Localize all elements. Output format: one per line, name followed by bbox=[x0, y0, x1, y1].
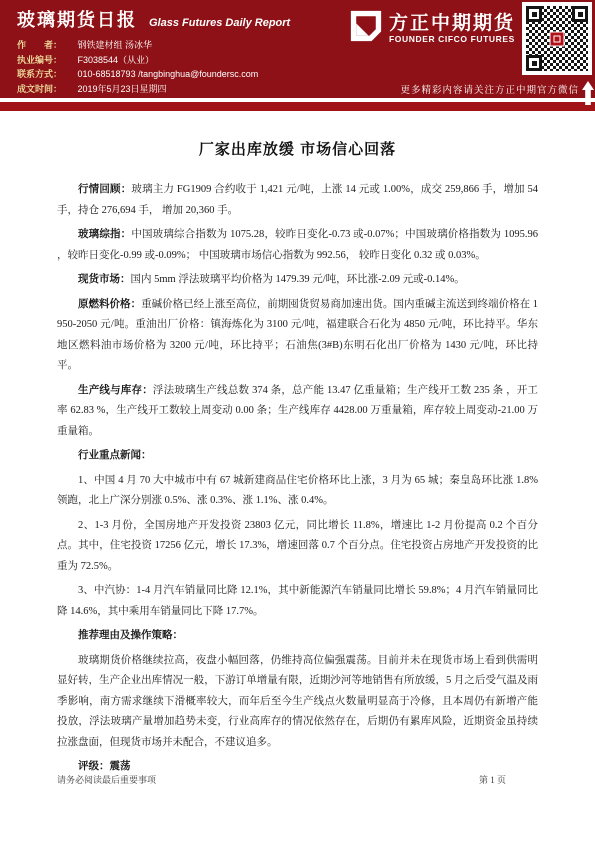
para-raw-fuel-price: 原燃料价格：重碱价格已经上涨至高位，前期囤货贸易商加速出货。国内重碱主流送到终端… bbox=[57, 295, 538, 377]
para-spot-market: 现货市场：国内 5mm 浮法玻璃平均价格为 1479.39 元/吨，环比涨-2.… bbox=[57, 270, 538, 291]
para-glass-index: 玻璃综指：中国玻璃综合指数为 1075.28，较昨日变化-0.73 或-0.07… bbox=[57, 225, 538, 266]
up-arrow-icon bbox=[582, 81, 594, 110]
strategy-text: 玻璃期货价格继续拉高，夜盘小幅回落，仍维持高位偏强震荡。目前并未在现货市场上看到… bbox=[57, 651, 538, 754]
contact-value: 010-68518793 /tangbinghua@foundersc.com bbox=[78, 69, 259, 79]
qr-finder-bottom-left bbox=[526, 55, 542, 71]
red-stripe bbox=[0, 102, 595, 111]
masthead-separator bbox=[0, 98, 595, 100]
qr-finder-top-left bbox=[526, 6, 542, 22]
date-label: 成文时间： bbox=[17, 82, 75, 97]
page-title: 厂家出库放缓 市场信心回落 bbox=[57, 138, 538, 159]
report-page: 玻璃期货日报 Glass Futures Daily Report 作 者： 钢… bbox=[0, 0, 595, 842]
founder-logo-icon bbox=[350, 10, 382, 47]
license-value: F3038544（从业） bbox=[78, 55, 155, 65]
author-fields: 作 者： 钢铁建材组 汤冰华 执业编号： F3038544（从业） 联系方式： … bbox=[17, 38, 290, 96]
qr-code bbox=[522, 2, 592, 75]
masthead-left: 玻璃期货日报 Glass Futures Daily Report 作 者： 钢… bbox=[17, 6, 290, 96]
author-value: 钢铁建材组 汤冰华 bbox=[78, 40, 153, 50]
brand-name-cn: 方正中期期货 bbox=[389, 13, 515, 34]
news-item-2: 2、1-3 月份，全国房地产开发投资 23803 亿元，同比增长 11.8%，增… bbox=[57, 516, 538, 578]
report-name-row: 玻璃期货日报 Glass Futures Daily Report bbox=[17, 6, 290, 32]
contact-row: 联系方式： 010-68518793 /tangbinghua@founders… bbox=[17, 67, 290, 82]
report-name-cn: 玻璃期货日报 bbox=[17, 10, 137, 30]
news-heading: 行业重点新闻： bbox=[57, 446, 538, 467]
rating-value: 震荡 bbox=[110, 761, 131, 772]
author-label: 作 者： bbox=[17, 38, 75, 53]
report-name-en: Glass Futures Daily Report bbox=[149, 17, 290, 29]
author-row: 作 者： 钢铁建材组 汤冰华 bbox=[17, 38, 290, 53]
para-lead: 玻璃综指： bbox=[78, 229, 131, 240]
strategy-heading: 推荐理由及操作策略： bbox=[57, 626, 538, 647]
date-value: 2019年5月23日星期四 bbox=[78, 84, 167, 94]
qr-finder-top-right bbox=[572, 6, 588, 22]
brand-text: 方正中期期货 FOUNDER CIFCO FUTURES bbox=[389, 13, 515, 44]
masthead: 玻璃期货日报 Glass Futures Daily Report 作 者： 钢… bbox=[0, 0, 595, 100]
para-lead: 生产线与库存： bbox=[78, 385, 153, 396]
date-row: 成文时间： 2019年5月23日星期四 bbox=[17, 82, 290, 97]
report-body: 厂家出库放缓 市场信心回落 行情回顾：玻璃主力 FG1909 合约收于 1,42… bbox=[57, 113, 538, 782]
para-lead: 现货市场： bbox=[78, 274, 131, 285]
brand-name-en: FOUNDER CIFCO FUTURES bbox=[389, 34, 515, 44]
para-lead: 行情回顾： bbox=[78, 184, 131, 195]
qr-center-logo bbox=[550, 31, 565, 46]
page-footer: 请务必阅读最后重要事项 第 1 页 bbox=[57, 773, 538, 786]
rating-label: 评级： bbox=[78, 761, 110, 772]
para-text: 国内 5mm 浮法玻璃平均价格为 1479.39 元/吨，环比涨-2.09 元或… bbox=[131, 274, 465, 285]
license-label: 执业编号： bbox=[17, 53, 75, 68]
license-row: 执业编号： F3038544（从业） bbox=[17, 53, 290, 68]
brand-logo: 方正中期期货 FOUNDER CIFCO FUTURES bbox=[350, 10, 515, 47]
wechat-note: 更多精彩内容请关注方正中期官方微信 bbox=[400, 82, 579, 96]
contact-label: 联系方式： bbox=[17, 67, 75, 82]
para-market-review: 行情回顾：玻璃主力 FG1909 合约收于 1,421 元/吨，上涨 14 元或… bbox=[57, 180, 538, 221]
page-number: 第 1 页 bbox=[479, 773, 506, 786]
para-lead: 原燃料价格： bbox=[78, 299, 141, 310]
news-item-1: 1、中国 4 月 70 大中城市中有 67 城新建商品住宅价格环比上涨，3 月为… bbox=[57, 471, 538, 512]
para-production-inventory: 生产线与库存：浮法玻璃生产线总数 374 条，总产能 13.47 亿重量箱；生产… bbox=[57, 381, 538, 443]
footer-disclaimer: 请务必阅读最后重要事项 bbox=[57, 773, 156, 786]
news-item-3: 3、中汽协：1-4 月汽车销量同比降 12.1%，其中新能源汽车销量同比增长 5… bbox=[57, 581, 538, 622]
